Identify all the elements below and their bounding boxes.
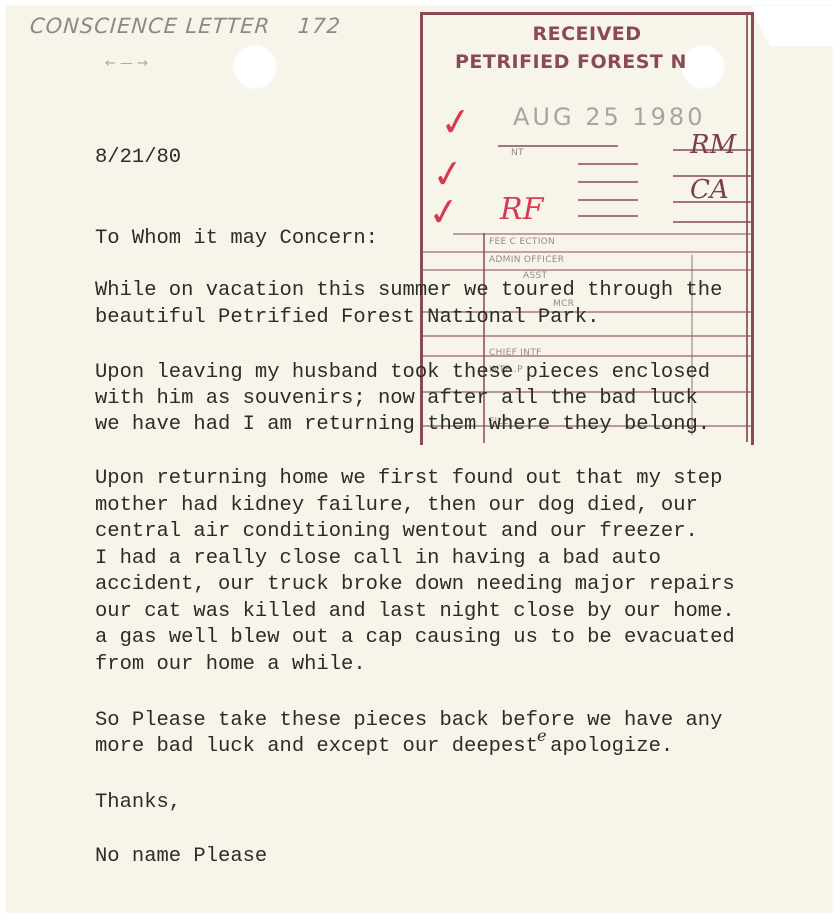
- paragraph-2-line-2: with him as souvenirs; now after all the…: [95, 386, 698, 412]
- paragraph-3-line-8: from our home a while.: [95, 652, 366, 678]
- punch-hole-right: [680, 44, 726, 90]
- paragraph-4-line-1: So Please take these pieces back before …: [95, 708, 722, 734]
- letter-date: 8/21/80: [95, 145, 181, 171]
- check-mark-icon: ✓: [437, 98, 475, 146]
- letter-signature: No name Please: [95, 844, 267, 870]
- paragraph-3-line-3: central air conditioning wentout and our…: [95, 519, 698, 545]
- paragraph-3-line-5: accident, our truck broke down needing m…: [95, 572, 735, 598]
- paragraph-3-line-2: mother had kidney failure, then our dog …: [95, 493, 698, 519]
- maroon-initials-rm: RM: [690, 130, 736, 160]
- paragraph-1-line-1: While on vacation this summer we toured …: [95, 278, 722, 304]
- paragraph-3-line-4: I had a really close call in having a ba…: [95, 546, 661, 572]
- check-mark-icon: ✓: [425, 188, 463, 236]
- paragraph-2-line-3: we have had I am returning them where th…: [95, 412, 710, 438]
- maroon-initials-ca: CA: [690, 175, 729, 205]
- handwritten-insert-mark: e: [537, 726, 546, 745]
- letter-salutation: To Whom it may Concern:: [95, 226, 378, 252]
- paragraph-3-line-7: a gas well blew out a cap causing us to …: [95, 625, 735, 651]
- letter-number: 172: [297, 14, 342, 38]
- paragraph-3-line-6: our cat was killed and last night close …: [95, 599, 735, 625]
- paragraph-4-line-2: more bad luck and except our deepest apo…: [95, 734, 673, 760]
- stamp-right-border: [746, 12, 748, 442]
- punch-hole-left: [232, 44, 278, 90]
- paragraph-3-line-1: Upon returning home we first found out t…: [95, 466, 722, 492]
- header-title: CONSCIENCE LETTER: [29, 14, 271, 38]
- paragraph-1-line-2: beautiful Petrified Forest National Park…: [95, 305, 599, 331]
- arrow-scribble: ← — →: [105, 56, 148, 71]
- red-initials: RF: [500, 192, 543, 227]
- handwritten-header: CONSCIENCE LETTER 172: [29, 14, 342, 38]
- letter-closing: Thanks,: [95, 790, 181, 816]
- paragraph-2-line-1: Upon leaving my husband took these piece…: [95, 360, 710, 386]
